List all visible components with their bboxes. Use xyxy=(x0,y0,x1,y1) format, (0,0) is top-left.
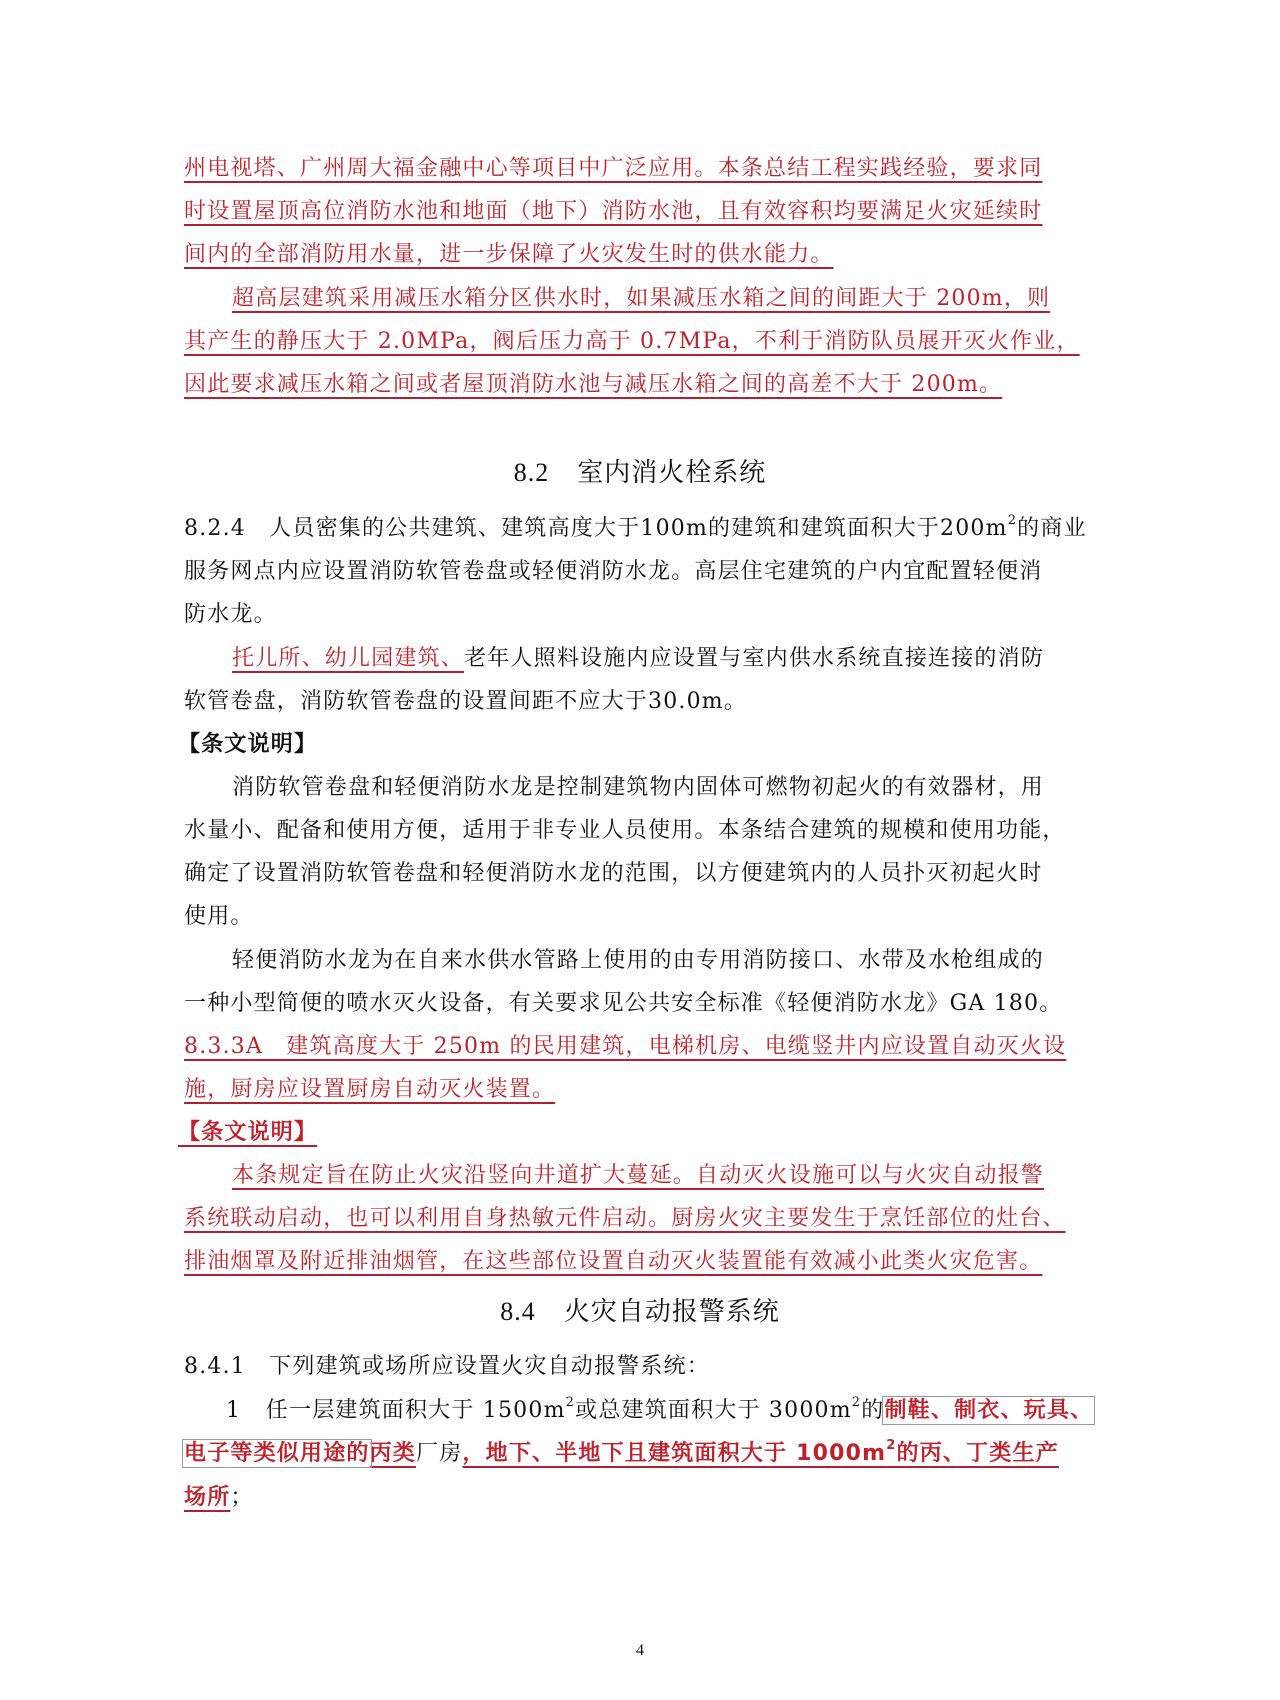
tracked-change-box: 电子等类似用途的 xyxy=(184,1441,370,1466)
revision-line: 超高层建筑采用减压水箱分区供水时，如果减压水箱之间的间距大于 200m，则 xyxy=(184,284,1152,314)
clause-8-2-4-line: 防水龙。 xyxy=(184,600,1104,630)
revision-line: 因此要求减压水箱之间或者屋顶消防水池与减压水箱之间的高差不大于 200m。 xyxy=(184,370,1104,400)
explanation-line-red: 系统联动启动，也可以利用自身热敏元件启动。厨房火灾主要发生于烹饪部位的灶台、 xyxy=(184,1204,1104,1234)
revision-line: 时设置屋顶高位消防水池和地面（地下）消防水池，且有效容积均要满足火灾延续时 xyxy=(184,197,1104,227)
clause-8-2-4-line: 8.2.4 人员密集的公共建筑、建筑高度大于100m的建筑和建筑面积大于200m… xyxy=(184,514,1104,544)
clause-8-2-4-line: 软管卷盘，消防软管卷盘的设置间距不应大于30.0m。 xyxy=(184,687,1104,717)
explanation-line-red: 本条规定旨在防止火灾沿竖向井道扩大蔓延。自动灭火设施可以与火灾自动报警 xyxy=(184,1161,1152,1191)
document-page: 州电视塔、广州周大福金融中心等项目中广泛应用。本条总结工程实践经验，要求同 时设… xyxy=(0,0,1280,1700)
explanation-line: 水量小、配备和使用方便，适用于非专业人员使用。本条结合建筑的规模和使用功能， xyxy=(184,816,1104,846)
clause-8-4-1-item-1: 电子等类似用途的丙类厂房，地下、半地下且建筑面积大于 1000m2的丙、丁类生产 xyxy=(184,1439,1104,1469)
section-heading-8-4: 8.4火灾自动报警系统 xyxy=(0,1295,1280,1329)
explanation-line: 轻便消防水龙为在自来水供水管路上使用的由专用消防接口、水带及水枪组成的 xyxy=(184,946,1152,976)
tracked-change-box: 制鞋、制衣、玩具、 xyxy=(884,1398,1093,1423)
explanation-line: 一种小型简便的喷水灭火设备，有关要求见公共安全标准《轻便消防水龙》GA 180。 xyxy=(184,989,1104,1019)
clause-8-2-4-line: 服务网点内应设置消防软管卷盘或轻便消防水龙。高层住宅建筑的户内宜配置轻便消 xyxy=(184,557,1104,587)
page-number: 4 xyxy=(0,1642,1280,1660)
clause-8-4-1: 8.4.1 下列建筑或场所应设置火灾自动报警系统： xyxy=(184,1352,1104,1382)
clause-8-4-1-item-1: 场所； xyxy=(184,1483,1104,1513)
explanation-line: 使用。 xyxy=(184,902,1104,932)
explanation-label-red: 【条文说明】 xyxy=(178,1118,1098,1148)
clause-8-4-1-item-1: 1 任一层建筑面积大于 1500m2或总建筑面积大于 3000m2的制鞋、制衣、… xyxy=(184,1396,1146,1426)
clause-8-3-3a-line: 施，厨房应设置厨房自动灭火装置。 xyxy=(184,1075,1104,1105)
explanation-line-red: 排油烟罩及附近排油烟管，在这些部位设置自动灭火装置能有效减小此类火灾危害。 xyxy=(184,1247,1104,1277)
clause-8-2-4-line: 托儿所、幼儿园建筑、老年人照料设施内应设置与室内供水系统直接连接的消防 xyxy=(184,644,1152,674)
explanation-label: 【条文说明】 xyxy=(178,730,1098,760)
revision-line: 其产生的静压大于 2.0MPa，阀后压力高于 0.7MPa，不利于消防队员展开灭… xyxy=(184,327,1104,357)
explanation-line: 确定了设置消防软管卷盘和轻便消防水龙的范围，以方便建筑内的人员扑灭初起火时 xyxy=(184,859,1104,889)
revision-line: 间内的全部消防用水量，进一步保障了火灾发生时的供水能力。 xyxy=(184,240,1104,270)
explanation-line: 消防软管卷盘和轻便消防水龙是控制建筑物内固体可燃物初起火的有效器材，用 xyxy=(184,773,1152,803)
section-heading-8-2: 8.2室内消火栓系统 xyxy=(0,456,1280,490)
clause-8-3-3a-line: 8.3.3A 建筑高度大于 250m 的民用建筑，电梯机房、电缆竖井内应设置自动… xyxy=(184,1032,1104,1062)
revision-line: 州电视塔、广州周大福金融中心等项目中广泛应用。本条总结工程实践经验，要求同 xyxy=(184,154,1104,184)
